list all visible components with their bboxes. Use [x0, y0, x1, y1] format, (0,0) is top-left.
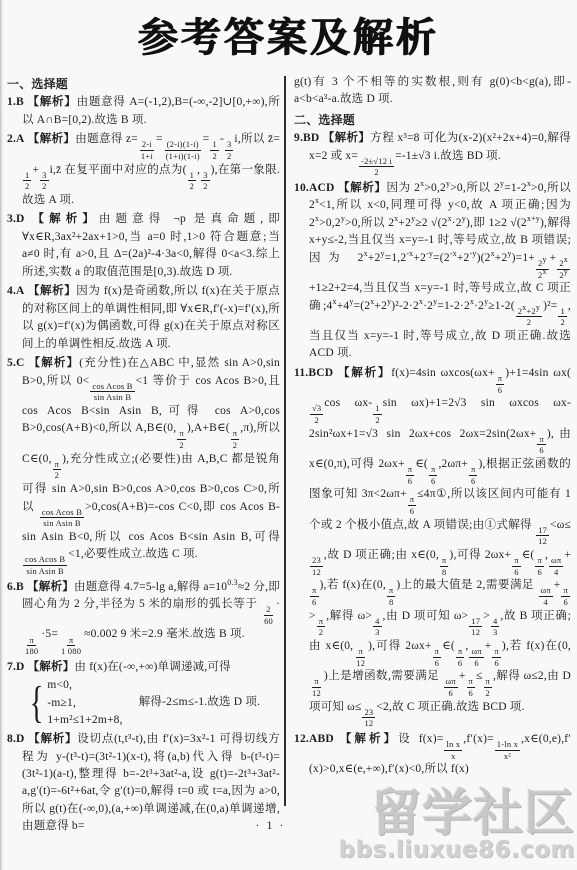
- section-heading: 一、选择题: [7, 75, 280, 93]
- answer-item: 2.A 【解析】由题意得 z=2-i1+i=(2-i)(1-i)(1+i)(1-…: [7, 131, 280, 209]
- equation-system: {m<0,-m≥1,1+m²≤1+2m+8,解得-2≤m≤-1.故选 D 项.: [26, 677, 280, 729]
- answer-item: 1.B 【解析】由题意得 A=(-1,2),B=(-∞,-2]∪[0,+∞),所…: [7, 94, 280, 129]
- answer-label: 7.D: [7, 661, 25, 673]
- document-title: 参考答案及解析: [0, 6, 577, 63]
- answer-item: 12.ABD 【解析】设 f(x)=ln xx,f′(x)=1-ln xx²,x…: [294, 731, 571, 779]
- answer-label: 9.BD: [294, 132, 319, 144]
- answer-item: 6.B 【解析】由题意得 4.7=5-lg a,解得 a=100.3≈2 分,即…: [7, 579, 280, 657]
- answer-label: 8.D: [7, 733, 25, 745]
- answer-label: 4.A: [7, 285, 25, 297]
- answer-label: 5.C: [7, 357, 25, 369]
- scan-edge-artifact: [0, 0, 3, 870]
- continued-paragraph: g(t)有 3 个不相等的实数根,则有 g(0)<b<g(a),即-a<b<a³…: [294, 74, 571, 109]
- answer-item: 9.BD 【解析】方程 x³=8 可化为(x-2)(x²+2x+4)=0,解得 …: [294, 130, 571, 178]
- answer-item: 5.C 【解析】(充分性)在△ABC 中,显然 sin A>0,sin B>0,…: [7, 355, 280, 577]
- answer-label: 3.D: [7, 213, 25, 225]
- answer-item: 3.D 【解析】由题意得 ¬p 是真命题,即 ∀x∈R,3ax²+2ax+1>0…: [7, 211, 280, 281]
- watermark-url: bbs.liuxue86.com: [339, 838, 575, 862]
- answer-item: 4.A 【解析】因为 f(x)是奇函数,所以 f(x)在关于原点的对称区间上的单…: [7, 283, 280, 353]
- answer-item: 7.D 【解析】由 f(x)在(-∞,+∞)单调递减,可得{m<0,-m≥1,1…: [7, 659, 280, 729]
- answer-item: 10.ACD 【解析】因为 2x>0,2y>0,所以 2y=1-2x>0,所以 …: [294, 180, 571, 363]
- column-divider: [284, 76, 286, 806]
- scanned-answer-page: 参考答案及解析 一、选择题1.B 【解析】由题意得 A=(-1,2),B=(-∞…: [0, 0, 577, 870]
- answer-label: 11.BCD: [294, 367, 333, 379]
- brace-glyph: {: [30, 681, 44, 725]
- answer-item: 11.BCD 【解析】f(x)=4sin ωxcos(ωx+π6)+1=4sin…: [294, 365, 571, 729]
- answer-label: 1.B: [7, 96, 24, 108]
- answer-label: 12.ABD: [294, 733, 334, 745]
- right-column: g(t)有 3 个不相等的实数根,则有 g(0)<b<g(a),即-a<b<a³…: [294, 74, 571, 781]
- answer-label: 10.ACD: [294, 182, 335, 194]
- section-heading: 二、选择题: [294, 111, 571, 129]
- answer-label: 2.A: [7, 133, 25, 145]
- page-number: · 1 ·: [0, 818, 559, 833]
- left-column: 一、选择题1.B 【解析】由题意得 A=(-1,2),B=(-∞,-2]∪[0,…: [7, 74, 280, 838]
- answer-label: 6.B: [7, 581, 24, 593]
